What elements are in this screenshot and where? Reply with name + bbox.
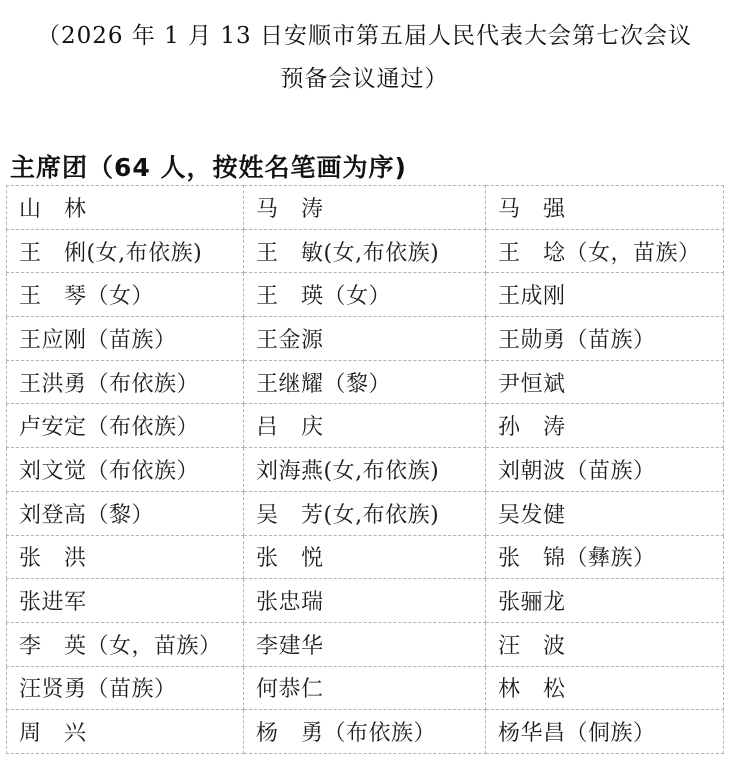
member-name-cell: 王 埝（女，苗族） xyxy=(486,229,724,273)
member-name-cell: 王 俐(女,布依族) xyxy=(7,229,244,273)
member-name-cell: 马 强 xyxy=(486,186,724,230)
member-name-cell: 张 悦 xyxy=(244,535,486,579)
member-name-cell: 卢安定（布依族） xyxy=(7,404,244,448)
document-page: （2026 年 1 月 13 日安顺市第五届人民代表大会第七次会议 预备会议通过… xyxy=(0,0,729,769)
member-name-cell: 李 英（女，苗族） xyxy=(7,622,244,666)
table-row: 汪贤勇（苗族）何恭仁林 松 xyxy=(7,666,724,710)
member-name-cell: 孙 涛 xyxy=(486,404,724,448)
member-name-cell: 吴发健 xyxy=(486,491,724,535)
table-row: 山 林马 涛马 强 xyxy=(7,186,724,230)
member-name-cell: 刘朝波（苗族） xyxy=(486,448,724,492)
member-name-cell: 吴 芳(女,布依族) xyxy=(244,491,486,535)
member-name-cell: 张骊龙 xyxy=(486,579,724,623)
member-name-cell: 王勋勇（苗族） xyxy=(486,317,724,361)
member-name-cell: 吕 庆 xyxy=(244,404,486,448)
member-name-cell: 马 涛 xyxy=(244,186,486,230)
member-name-cell: 张 锦（彝族） xyxy=(486,535,724,579)
member-name-cell: 王 敏(女,布依族) xyxy=(244,229,486,273)
member-name-cell: 林 松 xyxy=(486,666,724,710)
member-name-cell: 汪贤勇（苗族） xyxy=(7,666,244,710)
table-row: 刘文觉（布依族）刘海燕(女,布依族)刘朝波（苗族） xyxy=(7,448,724,492)
member-name-cell: 王金源 xyxy=(244,317,486,361)
member-name-cell: 李建华 xyxy=(244,622,486,666)
table-row: 张 洪张 悦张 锦（彝族） xyxy=(7,535,724,579)
table-row: 王 琴（女）王 瑛（女）王成刚 xyxy=(7,273,724,317)
member-name-cell: 王继耀（黎） xyxy=(244,360,486,404)
member-name-cell: 汪 波 xyxy=(486,622,724,666)
member-name-cell: 王成刚 xyxy=(486,273,724,317)
member-name-cell: 张忠瑞 xyxy=(244,579,486,623)
table-row: 李 英（女，苗族）李建华汪 波 xyxy=(7,622,724,666)
table-row: 王应刚（苗族）王金源王勋勇（苗族） xyxy=(7,317,724,361)
table-row: 周 兴杨 勇（布依族）杨华昌（侗族） xyxy=(7,710,724,754)
table-row: 卢安定（布依族）吕 庆孙 涛 xyxy=(7,404,724,448)
member-name-cell: 周 兴 xyxy=(7,710,244,754)
table-row: 王洪勇（布依族）王继耀（黎）尹恒斌 xyxy=(7,360,724,404)
member-name-cell: 王 瑛（女） xyxy=(244,273,486,317)
meeting-title-line2: 预备会议通过） xyxy=(0,60,729,93)
member-name-cell: 刘登高（黎） xyxy=(7,491,244,535)
member-name-cell: 张 洪 xyxy=(7,535,244,579)
section-title: 主席团（64 人，按姓名笔画为序) xyxy=(10,148,407,184)
member-name-cell: 王洪勇（布依族） xyxy=(7,360,244,404)
member-name-cell: 刘文觉（布依族） xyxy=(7,448,244,492)
member-name-cell: 何恭仁 xyxy=(244,666,486,710)
member-name-cell: 王 琴（女） xyxy=(7,273,244,317)
table-row: 王 俐(女,布依族)王 敏(女,布依族)王 埝（女，苗族） xyxy=(7,229,724,273)
presidium-table-body: 山 林马 涛马 强王 俐(女,布依族)王 敏(女,布依族)王 埝（女，苗族）王 … xyxy=(7,186,724,754)
table-row: 张进军张忠瑞张骊龙 xyxy=(7,579,724,623)
member-name-cell: 山 林 xyxy=(7,186,244,230)
member-name-cell: 尹恒斌 xyxy=(486,360,724,404)
member-name-cell: 杨 勇（布依族） xyxy=(244,710,486,754)
member-name-cell: 刘海燕(女,布依族) xyxy=(244,448,486,492)
member-name-cell: 王应刚（苗族） xyxy=(7,317,244,361)
member-name-cell: 张进军 xyxy=(7,579,244,623)
presidium-name-table: 山 林马 涛马 强王 俐(女,布依族)王 敏(女,布依族)王 埝（女，苗族）王 … xyxy=(6,185,724,754)
meeting-title-line1: （2026 年 1 月 13 日安顺市第五届人民代表大会第七次会议 xyxy=(0,17,729,50)
table-row: 刘登高（黎）吴 芳(女,布依族)吴发健 xyxy=(7,491,724,535)
member-name-cell: 杨华昌（侗族） xyxy=(486,710,724,754)
